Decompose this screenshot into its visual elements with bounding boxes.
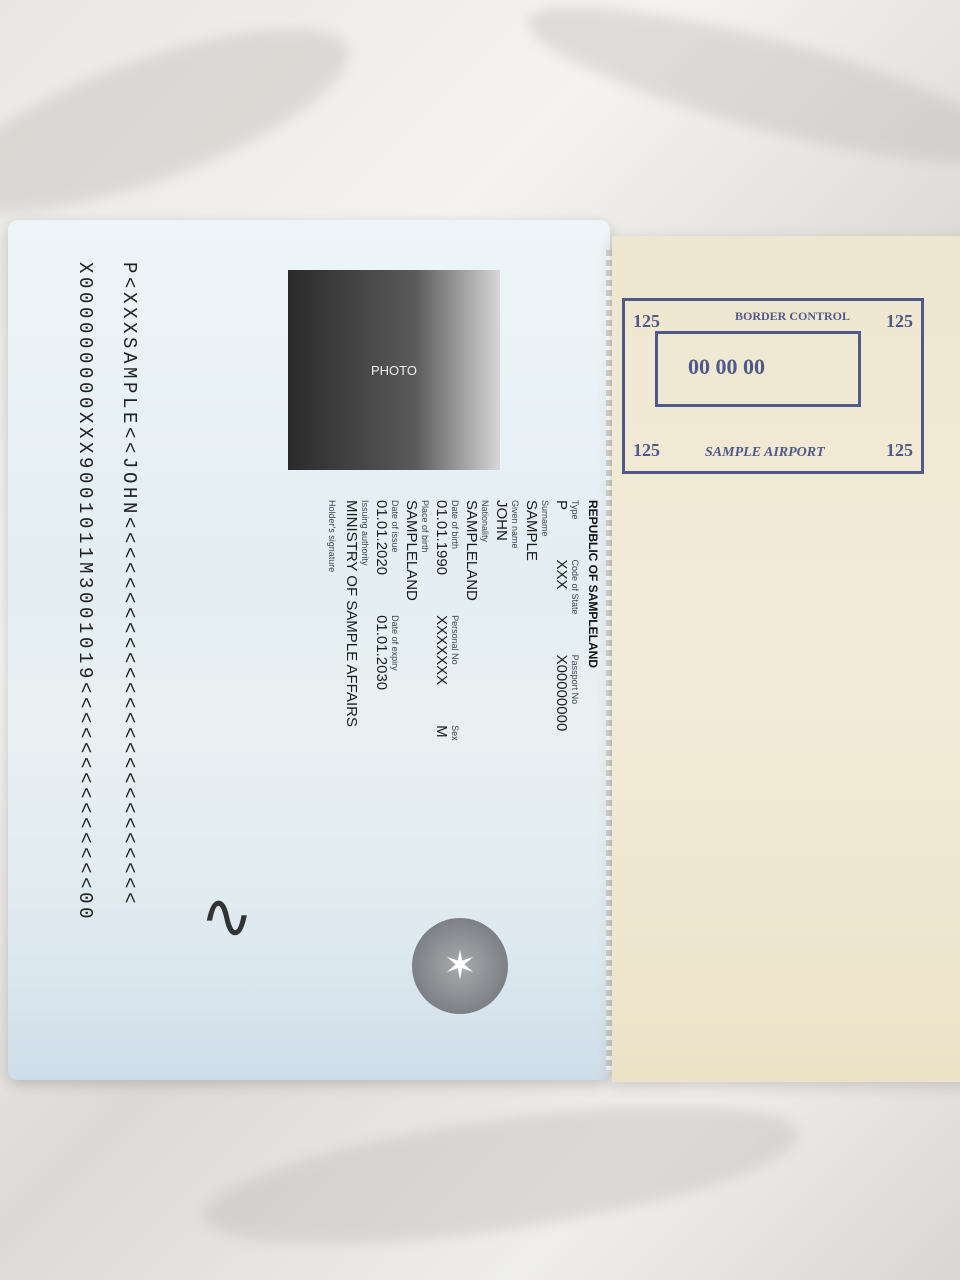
stamp-date-box: 00 00 00 (655, 331, 861, 407)
holder-photo-placeholder: PHOTO (288, 270, 500, 470)
sex: M (433, 725, 450, 741)
date-of-expiry: 01.01.2030 (373, 615, 390, 690)
date-of-birth: 01.01.1990 (433, 500, 450, 575)
passport-number: X00000000 (553, 655, 570, 732)
stamp-date: 00 00 00 (688, 354, 765, 380)
personal-number: XXXXXXX (433, 615, 450, 685)
emblem-seal-icon: ✶ (412, 918, 508, 1014)
passport-type: P (553, 500, 570, 520)
stamp-place: SAMPLE AIRPORT (705, 445, 825, 461)
date-of-issue: 01.01.2020 (373, 500, 390, 575)
mrz-line-2: X000000000XXX9001011M3001019<<<<<<<<<<<<… (74, 262, 96, 922)
entry-stamp: 125 125 125 125 BORDER CONTROL 00 00 00 … (622, 298, 924, 474)
stamp-title: BORDER CONTROL (735, 309, 850, 324)
surname: SAMPLE (523, 500, 540, 1060)
issuing-authority: MINISTRY OF SAMPLE AFFAIRS (343, 500, 360, 1060)
country-code: XXX (553, 560, 570, 615)
passport-header: REPUBLIC OF SAMPLELAND (586, 500, 600, 1060)
mrz-line-1: P<XXXSAMPLE<<JOHN<<<<<<<<<<<<<<<<<<<<<<<… (118, 262, 140, 907)
signature: ∿ (200, 880, 254, 954)
